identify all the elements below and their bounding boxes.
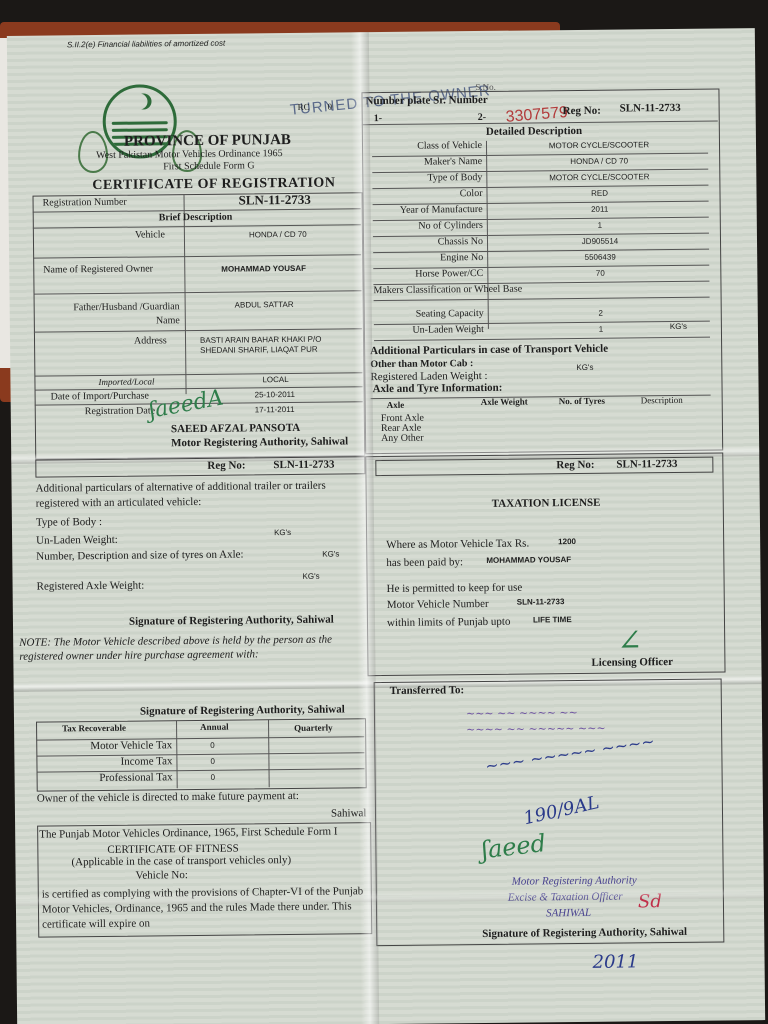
detail-label: Makers Classification or Wheel Base [373, 285, 483, 296]
tax-row-label: Income Tax [44, 756, 172, 768]
vehicle-value: HONDA / CD 70 [249, 231, 307, 240]
transfer-signature-label: Signature of Registering Authority, Sahi… [482, 927, 687, 940]
axle-other: Any Other [381, 434, 424, 444]
detail-label: Class of Vehicle [372, 141, 482, 152]
rc-label: RC [298, 103, 310, 112]
detail-label: Color [372, 189, 482, 200]
address-value: BASTI ARAIN BAHAR KHAKI P/O SHEDANI SHAR… [200, 334, 350, 356]
tax-row-label: Professional Tax [45, 772, 173, 784]
registration-date-value: 17-11-2011 [255, 406, 295, 414]
stamp-line1: Motor Registering Authority [512, 875, 637, 887]
officer-title: Motor Registering Authority, Sahiwal [171, 436, 348, 449]
trailer-intro: Additional particulars of alternative of… [35, 478, 365, 511]
axle-header-weight: Axle Weight [481, 398, 528, 407]
registration-certificate: S.II.2(e) Financial liabilities of amort… [7, 28, 765, 1024]
stamp-line3: SAHIWAL [546, 908, 591, 919]
trailer-tyres-label: Number, Description and size of tyres on… [36, 549, 243, 562]
fitness-subtitle: (Applicable in the case of transport veh… [71, 855, 291, 868]
address-label: Address [134, 336, 167, 346]
officer-name: SAEED AFZAL PANSOTA [171, 423, 300, 435]
rc-value: 0 [328, 103, 333, 112]
handwritten-date: 2011 [592, 951, 638, 972]
tax-row-annual: 0 [210, 742, 215, 750]
detail-reg-no: SLN-11-2733 [620, 103, 681, 115]
detail-label: Maker's Name [372, 157, 482, 168]
detail-label: Horse Power/CC [373, 269, 483, 280]
trailer-unladen-unit: KG's [274, 529, 291, 537]
trailer-reg-no: SLN-11-2733 [273, 460, 334, 472]
owner-name-label: Name of Registered Owner [43, 264, 153, 275]
axle-header-description: Description [641, 396, 683, 405]
hire-purchase-note: NOTE: The Motor Vehicle described above … [19, 632, 369, 664]
detail-label: Chassis No [373, 237, 483, 248]
tax-signature: Signature of Registering Authority, Sahi… [140, 704, 345, 717]
licensing-signature: ∠ [617, 623, 643, 658]
registration-date-label: Registration Date [85, 406, 155, 417]
detailed-description-title: Detailed Description [486, 126, 582, 138]
trailer-axle-weight-label: Registered Axle Weight: [37, 581, 145, 593]
tax-line3: He is permitted to keep for use [387, 583, 523, 595]
tax-line5: within limits of Punjab upto [387, 617, 511, 629]
tax-header-quarterly: Quarterly [294, 724, 333, 733]
province-title: PROVINCE OF PUNJAB [124, 133, 291, 150]
tax-row-annual: 0 [211, 774, 216, 782]
detail-label: Type of Body [372, 173, 482, 184]
urdu-handwriting-1: ~~~ ~~ ~~~~ ~~ [466, 706, 578, 720]
transferred-to-label: Transferred To: [390, 685, 465, 697]
plate-2: 2- [478, 113, 486, 123]
trailer-unladen-label: Un-Laden Weight: [36, 535, 118, 547]
brief-description-label: Brief Description [159, 213, 233, 224]
laden-weight-unit: KG's [576, 364, 593, 372]
tax-reg-no-label: Reg No: [556, 460, 594, 471]
plate-1: 1- [374, 114, 382, 124]
father-name-value: ABDUL SATTAR [235, 301, 294, 310]
taxation-title: TAXATION LICENSE [492, 498, 601, 510]
axle-header-axle: Axle [387, 401, 405, 410]
imported-local-value: LOCAL [262, 376, 288, 384]
detail-label: Year of Manufacture [373, 205, 483, 216]
trailer-signature: Signature of Registering Authority, Sahi… [129, 615, 334, 628]
trailer-reg-no-label: Reg No: [207, 460, 245, 471]
detail-label: Un-Laden Weight [374, 325, 484, 336]
number-plate-label: Number plate Sr. Number [365, 95, 487, 107]
licensing-officer: Licensing Officer [591, 657, 673, 669]
tax-header-recoverable: Tax Recoverable [62, 724, 126, 734]
tax-row-label: Motor Vehicle Tax [44, 740, 172, 752]
trailer-body-label: Type of Body : [36, 517, 102, 529]
vehicle-label: Vehicle [135, 230, 165, 240]
reg-number-value: SLN-11-2733 [238, 193, 310, 207]
unladen-unit: KG's [670, 323, 687, 331]
top-strip-text: S.II.2(e) Financial liabilities of amort… [67, 40, 225, 50]
tax-line4: Motor Vehicle Number [387, 599, 489, 611]
axle-header-tyres: No. of Tyres [559, 397, 605, 406]
detail-reg-no-label: Reg No: [563, 106, 601, 117]
father-name-label: Father/Husband /Guardian Name [70, 300, 180, 329]
fitness-vehicle-no: Vehicle No: [136, 870, 188, 882]
detail-label: No of Cylinders [373, 221, 483, 232]
detail-label: Engine No [373, 253, 483, 264]
payment-note: Owner of the vehicle is directed to make… [37, 791, 299, 805]
tax-amount: 1200 [558, 538, 576, 546]
urdu-handwriting-2: ~~~~ ~~ ~~~~~ ~~~ [466, 722, 606, 736]
detail-label: Seating Capacity [374, 309, 484, 320]
fitness-body: is certified as complying with the provi… [42, 884, 368, 932]
imported-local-label: Imported/Local [98, 377, 154, 387]
purchase-date-value: 25-10-2011 [255, 391, 295, 399]
reg-number-label: Registration Number [43, 198, 127, 209]
tax-line2: has been paid by: [386, 557, 463, 569]
owner-name-value: MOHAMMAD YOUSAF [221, 265, 306, 274]
trailer-axle-unit: KG's [302, 573, 319, 581]
tax-reg-no: SLN-11-2733 [616, 459, 677, 471]
tax-validity: LIFE TIME [533, 616, 572, 624]
tax-line1: Where as Motor Vehicle Tax Rs. [386, 539, 529, 551]
form-text: First Schedule Form G [163, 161, 254, 172]
tax-vehicle-number: SLN-11-2733 [517, 598, 565, 606]
axle-info-label: Axle and Tyre Information: [372, 383, 502, 395]
tax-row-annual: 0 [210, 758, 215, 766]
purchase-date-label: Date of Import/Purchase [51, 391, 149, 402]
tax-paid-by: MOHAMMAD YOUSAF [486, 556, 571, 565]
other-than-label: Other than Motor Cab : [370, 359, 473, 370]
trailer-tyres-unit: KG's [322, 550, 339, 558]
certificate-title: CERTIFICATE OF REGISTRATION [92, 177, 335, 194]
ordinance-text: West Pakistan Motor Vehicles Ordinance 1… [96, 149, 283, 161]
tax-header-annual: Annual [200, 723, 229, 732]
